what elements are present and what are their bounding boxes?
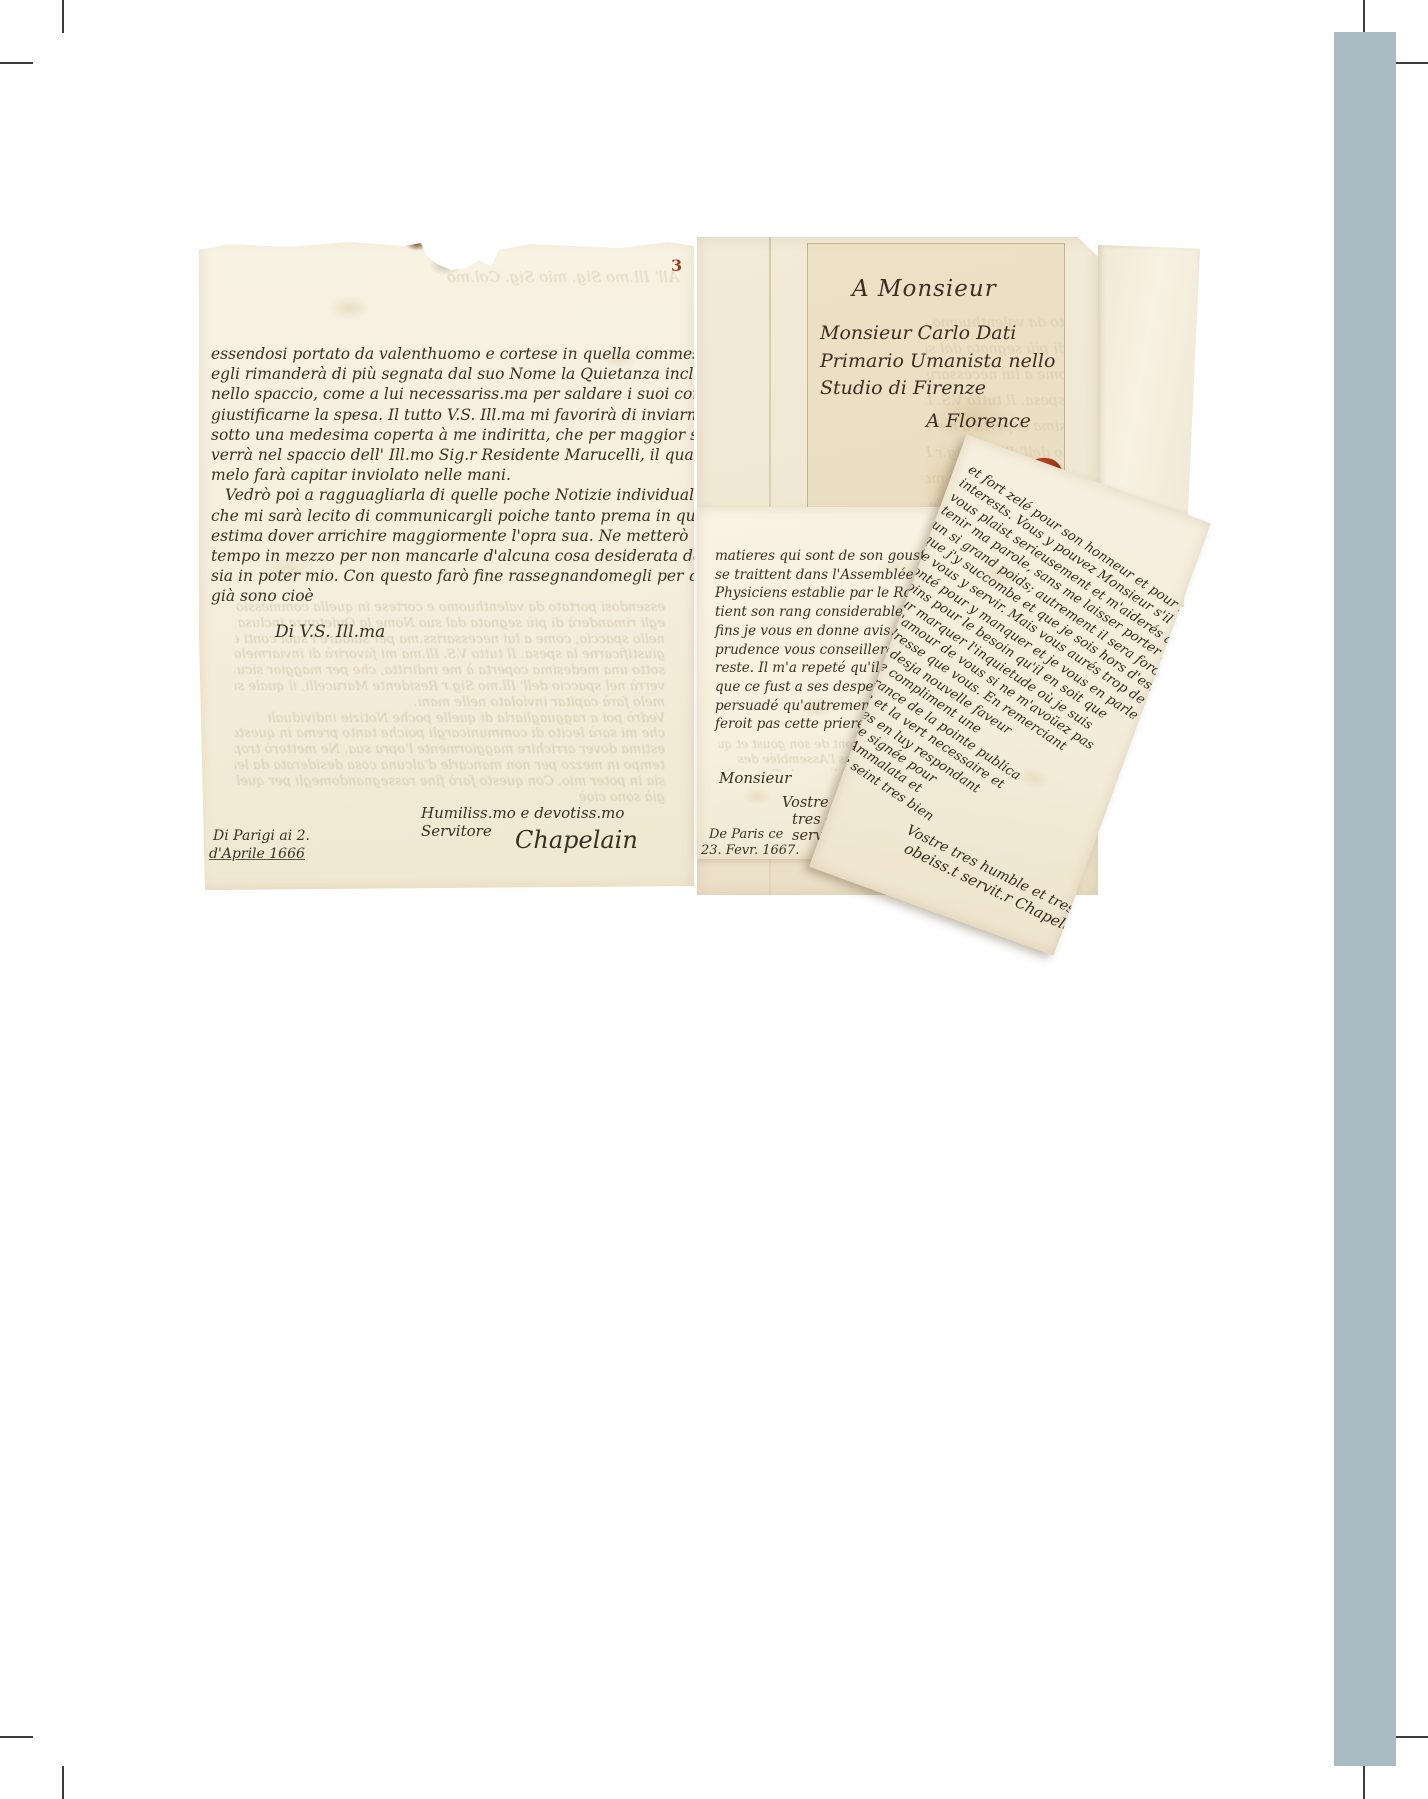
crop-mark-top-right-vertical: [1363, 0, 1365, 32]
crop-mark-bottom-right-vertical: [1363, 1766, 1365, 1799]
letter-date: Di Parigi ai 2.: [213, 828, 310, 844]
letter-date: De Paris ce: [709, 827, 783, 842]
scanned-manuscript-plate: essendosi portato da valenthuomo e corte…: [0, 0, 1428, 1799]
crop-mark-bottom-right-horizontal: [1395, 1736, 1428, 1738]
italian-letter-sheet: 3 All' Ill.mo Sig. mio Sig. Col.mo essen…: [199, 238, 694, 890]
crop-mark-top-left-vertical: [62, 0, 64, 33]
letter-date: 23. Fevr. 1667.: [701, 843, 799, 858]
crop-mark-bottom-left-vertical: [62, 1766, 64, 1799]
signature: Chapelain: [515, 826, 638, 854]
crop-mark-top-left-horizontal: [0, 62, 33, 64]
bleedthrough-text: All' Ill.mo Sig. mio Sig. Col.mo: [349, 268, 679, 286]
crop-mark-top-right-horizontal: [1395, 62, 1428, 64]
decorative-margin-bar: [1334, 32, 1396, 1766]
letter-salutation: Monsieur: [719, 769, 791, 787]
bleedthrough-text: essendosi portato da valenthuomo e corte…: [235, 600, 665, 806]
address-heading: A Monsieur: [852, 276, 997, 302]
crop-mark-bottom-left-horizontal: [0, 1736, 33, 1738]
letter-body-text: essendosi portato da valenthuomo e corte…: [211, 344, 764, 607]
address-lines: Monsieur Carlo DatiPrimario Umanista nel…: [820, 320, 1055, 403]
address-city: A Florence: [926, 410, 1031, 432]
letter-date: d'Aprile 1666: [209, 846, 305, 862]
